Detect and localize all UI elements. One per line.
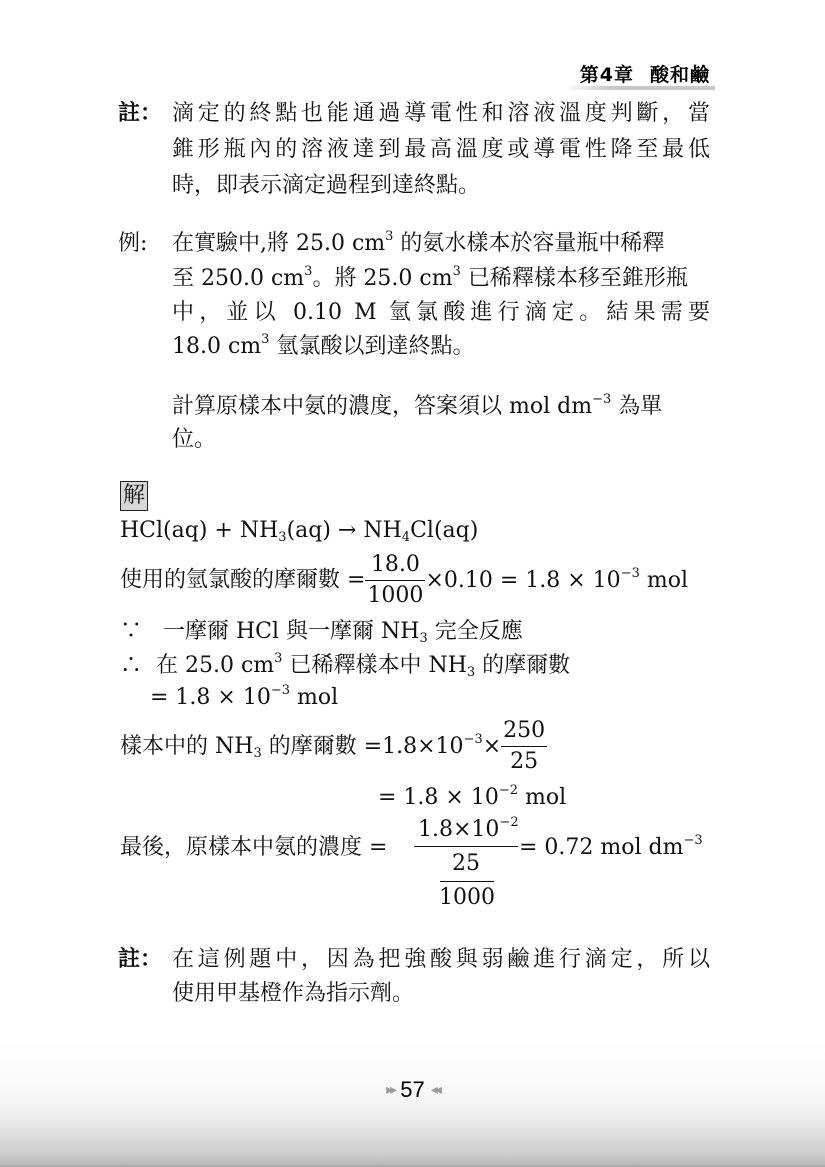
note2-label: 註： (118, 945, 162, 975)
inner-fraction-bar (440, 881, 494, 882)
chapter-header: 第4章酸和鹼 (580, 60, 710, 87)
concentration-denominator-numerator: 25 (438, 850, 494, 878)
page-number-value: 57 (400, 1077, 424, 1102)
header-underline (565, 86, 715, 90)
example-line-4: 18.0 cm3 氫氯酸以到達終點。 (172, 332, 474, 362)
page-number: ▸▸ 57 ◂◂ (0, 1077, 825, 1103)
note2-line-1: 在這例題中，因為把強酸與弱鹼進行滴定，所以 (172, 945, 710, 975)
moles-sample-equation: 樣本中的 NH3 的摩爾數 =1.8×10−3×25025 (120, 716, 547, 778)
because-symbol: ∵ (120, 619, 142, 644)
example-label: 例: (118, 229, 147, 259)
note1-line-1: 滴定的終點也能通過導電性和溶液溫度判斷，當 (172, 99, 710, 129)
chapter-number: 第4章 (580, 64, 634, 86)
solution-label-box: 解 (120, 481, 148, 511)
note1-line-3: 時，即表示滴定過程到達終點。 (172, 171, 480, 201)
reaction-equation: HCl(aq) + NH3(aq) → NH4Cl(aq) (120, 516, 478, 546)
example-question-line-2: 位。 (172, 425, 216, 455)
note2-line-2: 使用甲基橙作為指示劑。 (172, 979, 414, 1009)
therefore-statement: ∴ 在 25.0 cm3 已稀釋樣本中 NH3 的摩爾數 (120, 651, 570, 681)
concentration-numerator: 1.8×10−2 (418, 816, 516, 844)
note1-label: 註： (118, 99, 162, 129)
moles-hcl-equation: 使用的氫氯酸的摩爾數 =18.01000×0.10 = 1.8 × 10−3 m… (120, 550, 688, 612)
fraction-250-over-25: 25025 (501, 716, 547, 777)
example-line-3: 中，並以 0.10 M 氫氯酸進行滴定。結果需要 (172, 298, 710, 328)
right-double-arrow-icon: ▸▸ (386, 1081, 394, 1097)
main-fraction-bar (414, 846, 518, 847)
because-statement: ∵ 一摩爾 HCl 與一摩爾 NH3 完全反應 (120, 617, 523, 647)
moles-sample-result: = 1.8 × 10−2 mol (378, 783, 566, 813)
page-footer-gradient (0, 1040, 825, 1167)
therefore-result: = 1.8 × 10−3 mol (150, 683, 338, 713)
example-line-2: 至 250.0 cm3。將 25.0 cm3 已稀釋樣本移至錐形瓶 (172, 264, 688, 294)
example-line-1: 在實驗中,將 25.0 cm3 的氨水樣本於容量瓶中稀釋 (172, 229, 664, 259)
chapter-title: 酸和鹼 (650, 64, 710, 86)
therefore-symbol: ∴ (120, 653, 142, 678)
fraction-18-over-1000: 18.01000 (365, 550, 425, 611)
left-double-arrow-icon: ◂◂ (431, 1081, 439, 1097)
concentration-denominator-denominator: 1000 (436, 884, 498, 912)
note1-line-2: 錐形瓶內的溶液達到最高溫度或導電性降至最低 (172, 135, 710, 165)
concentration-result: = 0.72 mol dm−3 (519, 833, 703, 863)
concentration-label: 最後，原樣本中氨的濃度 = (120, 833, 387, 863)
example-question-line-1: 計算原樣本中氨的濃度，答案須以 mol dm−3 為單 (172, 392, 662, 422)
